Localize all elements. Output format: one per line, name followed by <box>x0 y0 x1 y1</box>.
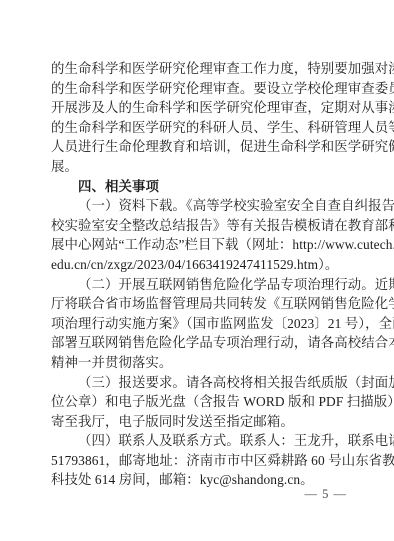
text-line: 的生命科学和医学研究伦理审查工作力度，特别要加强对涉及人 <box>51 59 349 79</box>
text-line: 厅将联合省市场监督管理局共同转发《互联网销售危险化学品专 <box>51 294 349 314</box>
text-line: 人员进行生命伦理教育和培训，促进生命科学和医学研究健康发 <box>51 137 349 157</box>
text-line: （四）联系人及联系方式。联系人：王龙升，联系电话：0531— <box>51 431 349 451</box>
section-heading: 四、相关事项 <box>51 177 349 197</box>
text-line: 校实验室安全整改总结报告》等有关报告模板请在教育部科技发 <box>51 216 349 236</box>
document-body: 的生命科学和医学研究伦理审查工作力度，特别要加强对涉及人的生命科学和医学研究伦理… <box>51 59 349 490</box>
text-line: 展。 <box>51 157 349 177</box>
text-line: edu.cn/cn/zxgz/2023/04/1663419247411529.… <box>51 255 349 275</box>
text-line: （一）资料下载。《高等学校实验室安全自查自纠报告》《高 <box>51 196 349 216</box>
text-line: 展中心网站“工作动态”栏目下载（网址：http://www.cutech. <box>51 235 349 255</box>
page-number: — 5 — <box>305 487 348 502</box>
document-page: 的生命科学和医学研究伦理审查工作力度，特别要加强对涉及人的生命科学和医学研究伦理… <box>0 0 394 541</box>
text-line: 开展涉及人的生命科学和医学研究伦理审查，定期对从事涉及人 <box>51 98 349 118</box>
text-line: 位公章）和电子版光盘（含报告 WORD 版和 PDF 扫描版）一并邮 <box>51 392 349 412</box>
text-line: 的生命科学和医学研究伦理审查。要设立学校伦理审查委员会， <box>51 79 349 99</box>
text-line: （三）报送要求。请各高校将相关报告纸质版（封面加盖单 <box>51 373 349 393</box>
text-line: 部署互联网销售危险化学品专项治理行动，请各高校结合本通知 <box>51 333 349 353</box>
text-line: 寄至我厅，电子版同时发送至指定邮箱。 <box>51 412 349 432</box>
text-line: 精神一并贯彻落实。 <box>51 353 349 373</box>
text-line: 51793861，邮寄地址：济南市市中区舜耕路 60 号山东省教育厅 <box>51 451 349 471</box>
text-line: 的生命科学和医学研究的科研人员、学生、科研管理人员等相关 <box>51 118 349 138</box>
text-line: 项治理行动实施方案》（国市监网监发〔2023〕21 号），全面 <box>51 314 349 334</box>
text-line: （二）开展互联网销售危险化学品专项治理行动。近期，我 <box>51 275 349 295</box>
